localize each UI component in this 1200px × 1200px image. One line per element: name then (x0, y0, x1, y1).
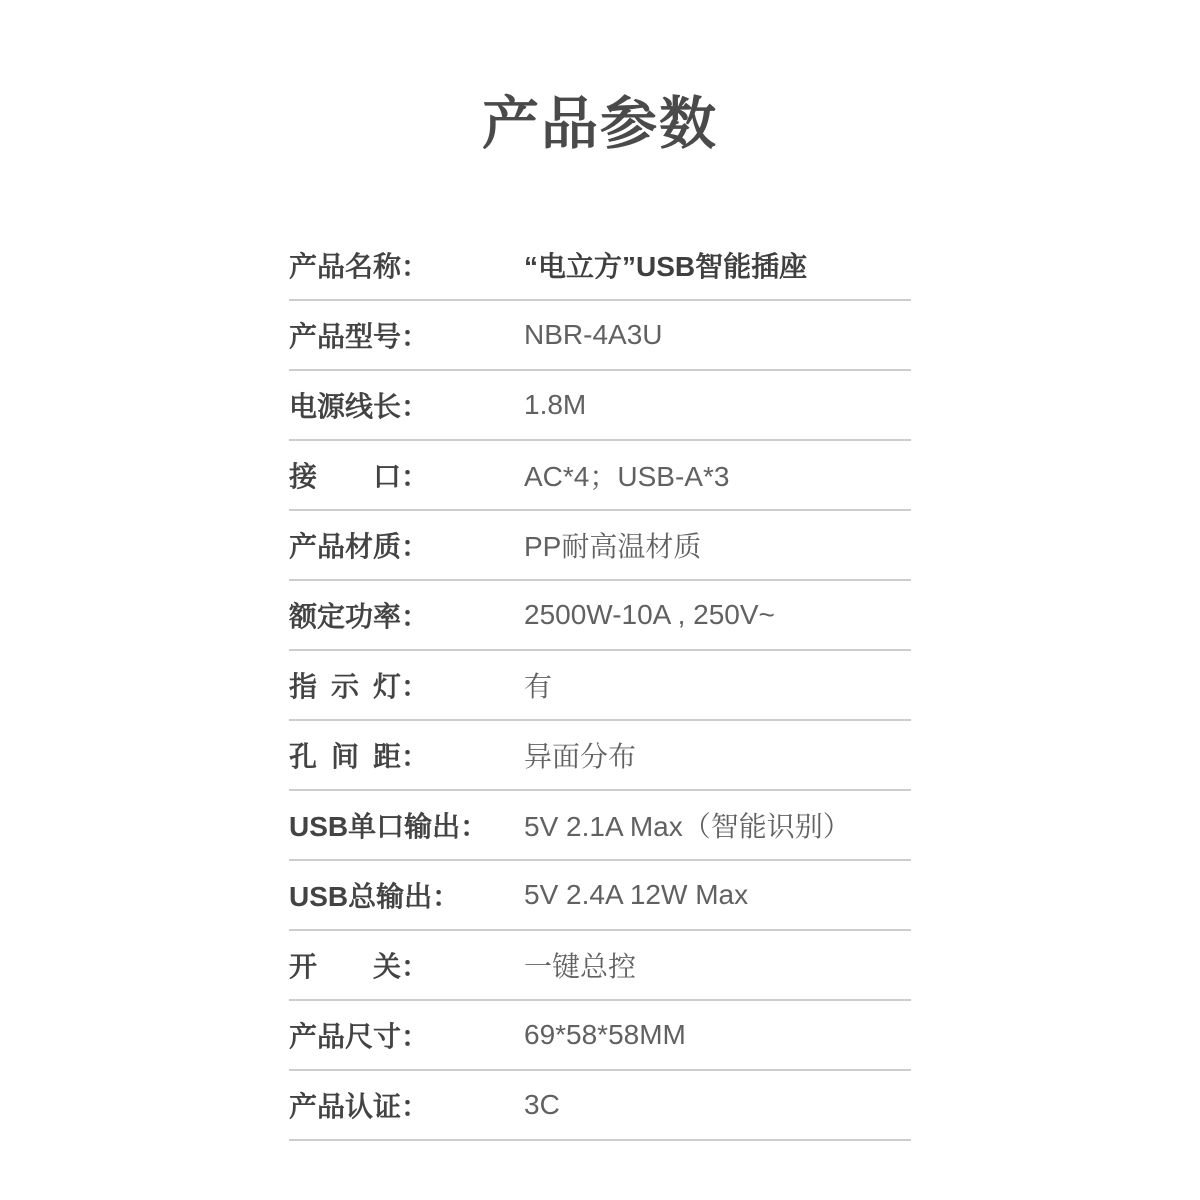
spec-row: 电源线长： 1.8M (289, 371, 911, 441)
spec-row: 产品名称： “电立方”USB智能插座 (289, 231, 911, 301)
spec-row: 产品型号： NBR-4A3U (289, 301, 911, 371)
spec-label: 开 关： (289, 945, 524, 985)
spec-label: 产品认证： (289, 1085, 524, 1125)
spec-value: 1.8M (524, 389, 911, 421)
spec-value: PP耐高温材质 (524, 525, 911, 565)
spec-label: 产品名称： (289, 245, 524, 285)
spec-row: 产品尺寸： 69*58*58MM (289, 1001, 911, 1071)
spec-label: 产品尺寸： (289, 1015, 524, 1055)
spec-value: 5V 2.1A Max（智能识别） (524, 805, 911, 845)
spec-label: 产品型号： (289, 315, 524, 355)
spec-label: 指 示 灯： (289, 665, 524, 705)
spec-value: 69*58*58MM (524, 1019, 911, 1051)
spec-row: 开 关： 一键总控 (289, 931, 911, 1001)
spec-row: 孔 间 距： 异面分布 (289, 721, 911, 791)
spec-value: NBR-4A3U (524, 319, 911, 351)
spec-value: 一键总控 (524, 945, 911, 985)
spec-row: USB单口输出： 5V 2.1A Max（智能识别） (289, 791, 911, 861)
spec-value: 2500W-10A , 250V~ (524, 599, 911, 631)
spec-row: 产品认证： 3C (289, 1071, 911, 1141)
spec-label: 孔 间 距： (289, 735, 524, 775)
spec-label: 电源线长： (289, 385, 524, 425)
spec-value: AC*4；USB-A*3 (524, 455, 911, 495)
spec-label: USB总输出： (289, 875, 524, 915)
spec-row: 接 口： AC*4；USB-A*3 (289, 441, 911, 511)
spec-value: 3C (524, 1089, 911, 1121)
spec-row: USB总输出： 5V 2.4A 12W Max (289, 861, 911, 931)
spec-row: 产品材质： PP耐高温材质 (289, 511, 911, 581)
spec-label: 产品材质： (289, 525, 524, 565)
spec-row: 额定功率： 2500W-10A , 250V~ (289, 581, 911, 651)
spec-value: 5V 2.4A 12W Max (524, 879, 911, 911)
spec-value: 异面分布 (524, 735, 911, 775)
spec-row: 指 示 灯： 有 (289, 651, 911, 721)
spec-table: 产品名称： “电立方”USB智能插座 产品型号： NBR-4A3U 电源线长： … (289, 231, 911, 1141)
spec-label: USB单口输出： (289, 805, 524, 845)
spec-value: 有 (524, 665, 911, 705)
spec-label: 接 口： (289, 455, 524, 495)
spec-label: 额定功率： (289, 595, 524, 635)
page-title: 产品参数 (0, 93, 1200, 156)
spec-value: “电立方”USB智能插座 (524, 245, 911, 285)
